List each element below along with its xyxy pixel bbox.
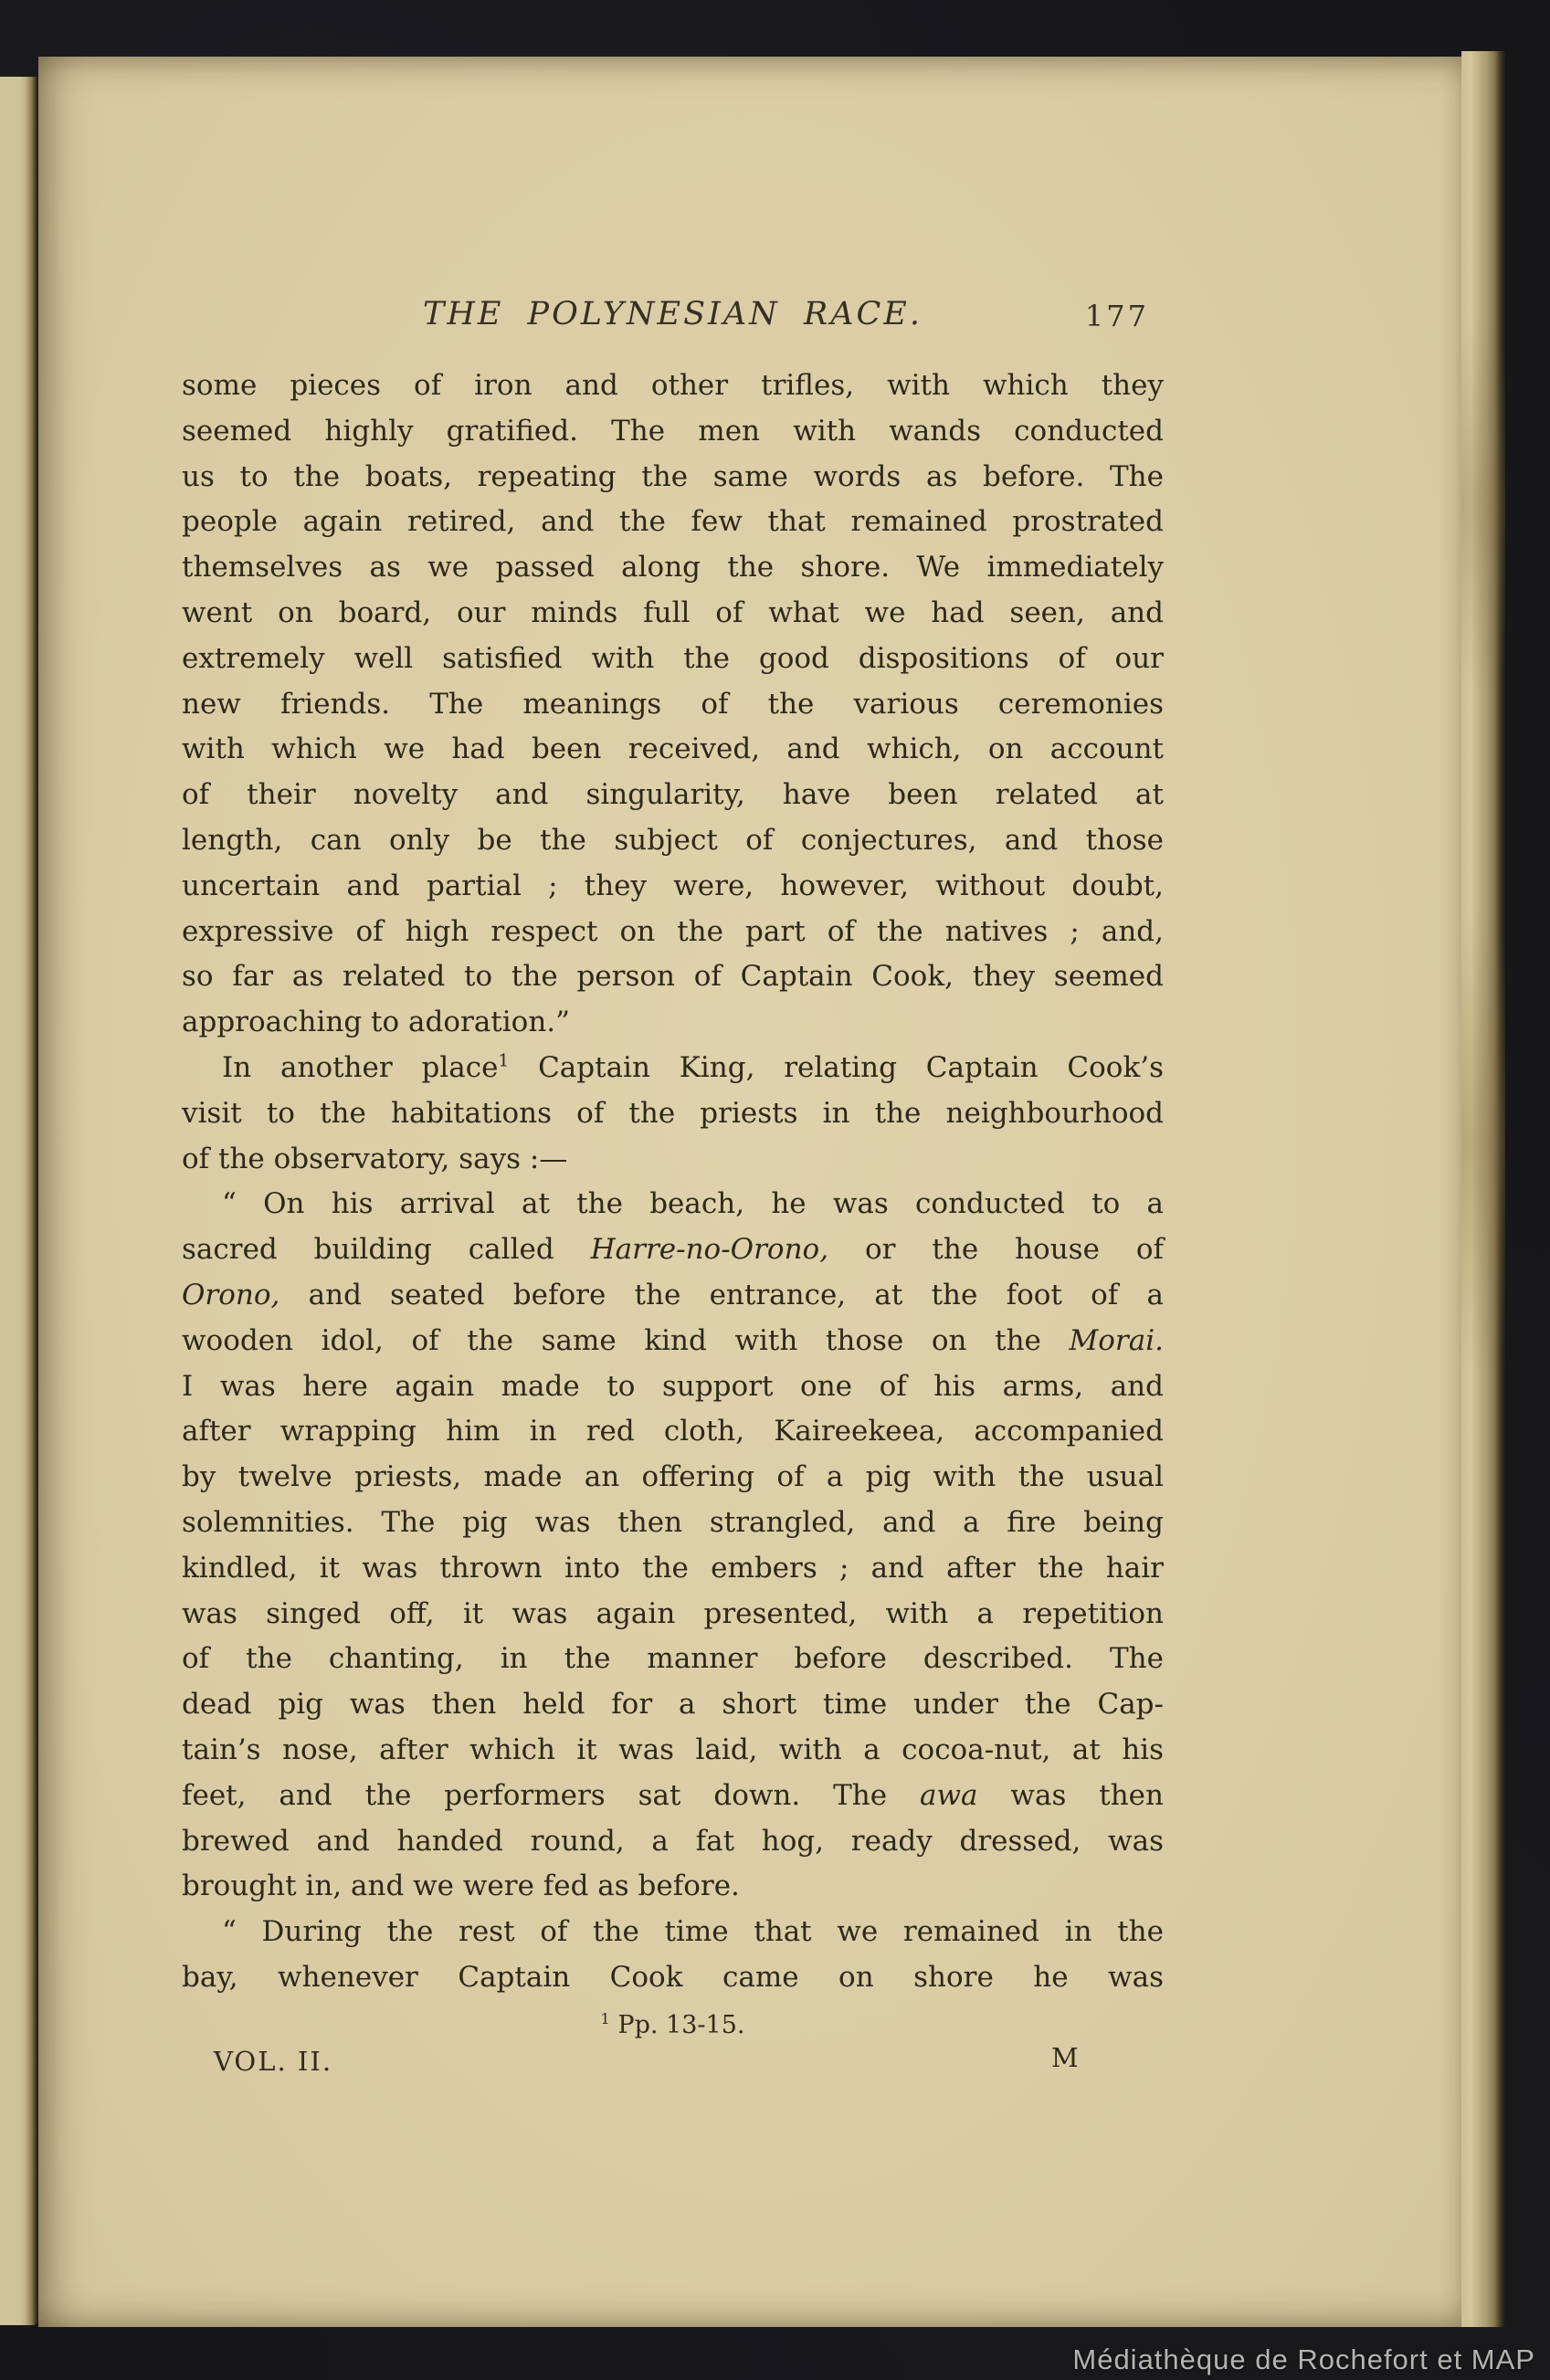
text-line: uncertain and partial ; they were, howev… xyxy=(182,864,1164,910)
page-edges-stack xyxy=(1461,51,1505,2327)
text-line: In another place1 Captain King, relating… xyxy=(182,1046,1164,1091)
text-line: sacred building called Harre-no-Orono, o… xyxy=(182,1227,1164,1273)
text-line: after wrapping him in red cloth, Kaireek… xyxy=(182,1409,1164,1455)
book-page: THE POLYNESIAN RACE. 177 some pieces of … xyxy=(38,57,1461,2327)
text-line: some pieces of iron and other trifles, w… xyxy=(182,363,1164,409)
text-line: expressive of high respect on the part o… xyxy=(182,910,1164,955)
text-line: approaching to adoration.” xyxy=(182,1000,1164,1046)
text-line: themselves as we passed along the shore.… xyxy=(182,545,1164,591)
text-line: went on board, our minds full of what we… xyxy=(182,591,1164,637)
text-line: tain’s nose, after which it was laid, wi… xyxy=(182,1728,1164,1774)
library-watermark: Médiathèque de Rochefort et MAP xyxy=(1072,2343,1535,2376)
text-line: length, can only be the subject of conje… xyxy=(182,818,1164,864)
volume-label: VOL. II. xyxy=(214,2046,332,2077)
text-line: so far as related to the person of Capta… xyxy=(182,954,1164,1000)
scanned-book-photo: { "header": { "title": "THE POLYNESIAN R… xyxy=(0,0,1550,2380)
footnote-marker: 1 xyxy=(601,2010,610,2027)
text-line: “ During the rest of the time that we re… xyxy=(182,1910,1164,1955)
text-line: by twelve priests, made an offering of a… xyxy=(182,1455,1164,1501)
text-line: was singed off, it was again presented, … xyxy=(182,1592,1164,1638)
page-footer: VOL. II. M xyxy=(182,2046,1164,2082)
text-line: bay, whenever Captain Cook came on shore… xyxy=(182,1955,1164,2001)
text-line: dead pig was then held for a short time … xyxy=(182,1682,1164,1728)
text-line: “ On his arrival at the beach, he was co… xyxy=(182,1182,1164,1227)
footnote: 1 Pp. 13-15. xyxy=(182,2011,1164,2039)
text-line: seemed highly gratified. The men with wa… xyxy=(182,409,1164,455)
text-line: new friends. The meanings of the various… xyxy=(182,682,1164,728)
running-header: THE POLYNESIAN RACE. 177 xyxy=(182,296,1164,340)
text-line: of their novelty and singularity, have b… xyxy=(182,773,1164,818)
text-line: I was here again made to support one of … xyxy=(182,1364,1164,1410)
text-line: of the observatory, says :— xyxy=(182,1137,1164,1183)
text-line: people again retired, and the few that r… xyxy=(182,500,1164,545)
facing-page-edge xyxy=(0,77,38,2325)
text-line: extremely well satisfied with the good d… xyxy=(182,637,1164,682)
body-text: some pieces of iron and other trifles, w… xyxy=(182,363,1164,2001)
text-line: wooden idol, of the same kind with those… xyxy=(182,1319,1164,1364)
page-title: THE POLYNESIAN RACE. xyxy=(182,296,1164,332)
text-line: brought in, and we were fed as before. xyxy=(182,1864,1164,1910)
text-line: visit to the habitations of the priests … xyxy=(182,1091,1164,1137)
text-line: of the chanting, in the manner before de… xyxy=(182,1637,1164,1682)
text-line: solemnities. The pig was then strangled,… xyxy=(182,1501,1164,1546)
signature-mark: M xyxy=(1051,2042,1080,2073)
text-line: feet, and the performers sat down. The a… xyxy=(182,1774,1164,1819)
text-line: brewed and handed round, a fat hog, read… xyxy=(182,1819,1164,1865)
text-line: kindled, it was thrown into the embers ;… xyxy=(182,1546,1164,1592)
text-line: Orono, and seated before the entrance, a… xyxy=(182,1273,1164,1319)
text-line: with which we had been received, and whi… xyxy=(182,727,1164,773)
page-number: 177 xyxy=(1085,299,1149,333)
footnote-text: Pp. 13-15. xyxy=(617,2011,744,2039)
text-line: us to the boats, repeating the same word… xyxy=(182,455,1164,500)
